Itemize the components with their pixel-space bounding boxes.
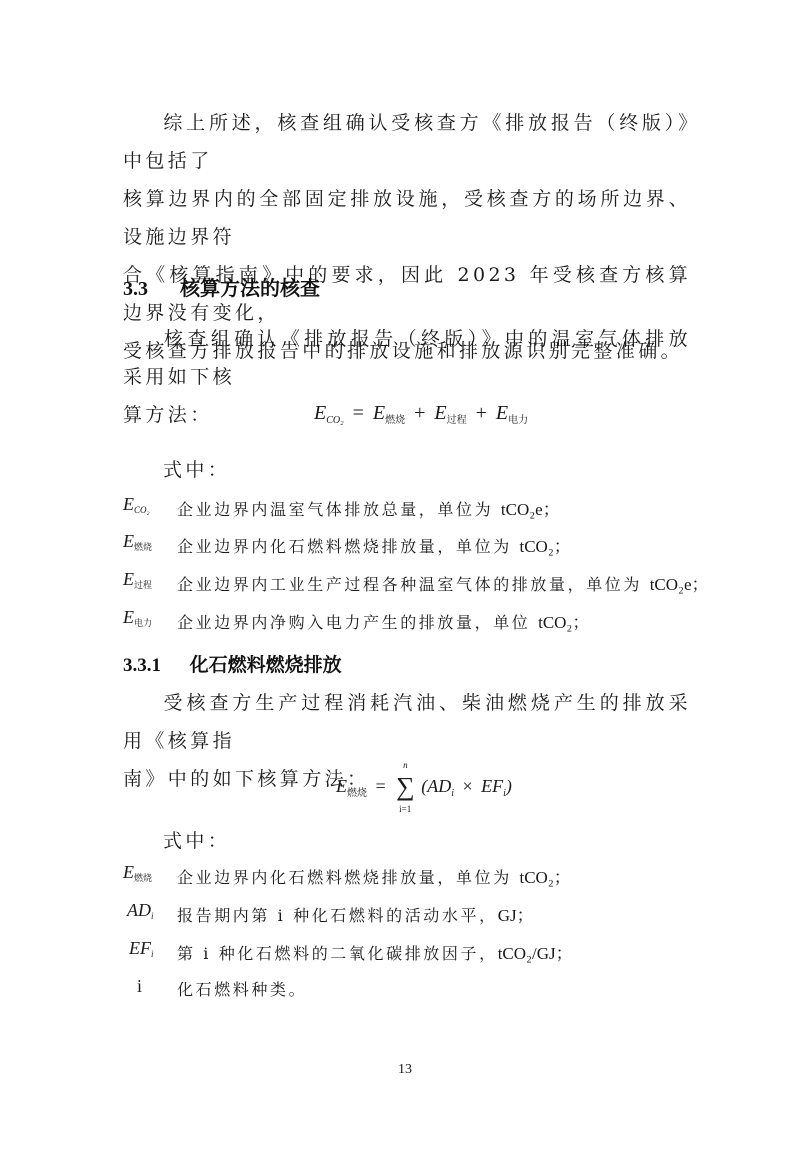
combustion-emission-formula: E燃烧 = n∑i=1 (ADi × EFi) xyxy=(336,772,512,802)
definition-symbol: ECO₂ xyxy=(123,494,173,515)
definition-symbol: EFi xyxy=(129,938,179,959)
summation-symbol: n∑i=1 xyxy=(396,772,415,802)
intro-line-2: 核算边界内的全部固定排放设施，受核查方的场所边界、设施边界符 xyxy=(123,180,691,256)
section-title: 化石燃料燃烧排放 xyxy=(190,654,342,676)
definition-symbol: E燃烧 xyxy=(123,862,173,884)
definition-text: 第 i 种化石燃料的二氧化碳排放因子，tCO₂/GJ； xyxy=(177,939,573,964)
section-3-3-heading: 3.3 核算方法的核查 xyxy=(123,272,320,301)
para-line-1: 核查组确认《排放报告（终版）》中的温室气体排放采用如下核 xyxy=(123,320,691,396)
section-3-3-1-heading: 3.3.1 化石燃料燃烧排放 xyxy=(123,650,342,677)
document-page: 综上所述，核查组确认受核查方《排放报告（终版）》中包括了 核算边界内的全部固定排… xyxy=(0,0,812,1149)
definition-text: 企业边界内工业生产过程各种温室气体的排放量，单位为 tCO₂e； xyxy=(177,570,709,595)
intro-line-1: 综上所述，核查组确认受核查方《排放报告（终版）》中包括了 xyxy=(123,104,691,180)
definition-text: 企业边界内化石燃料燃烧排放量，单位为 tCO₂； xyxy=(177,532,571,557)
definition-symbol: E过程 xyxy=(123,569,173,591)
definition-symbol: ADi xyxy=(127,900,177,921)
definition-text: 企业边界内净购入电力产生的排放量，单位 tCO₂； xyxy=(177,608,589,633)
para-line-1: 受核查方生产过程消耗汽油、柴油燃烧产生的排放采用《核算指 xyxy=(123,684,691,760)
where-label: 式中： xyxy=(163,826,230,853)
section-number: 3.3.1 xyxy=(123,655,183,677)
definition-text: 报告期内第 i 种化石燃料的活动水平，GJ； xyxy=(177,901,534,926)
definition-text: 企业边界内温室气体排放总量，单位为 tCO₂e； xyxy=(177,495,560,520)
section-title: 核算方法的核查 xyxy=(180,276,320,300)
definition-symbol: E电力 xyxy=(123,607,173,629)
definition-text: 化石燃料种类。 xyxy=(177,977,307,1000)
section-number: 3.3 xyxy=(123,278,173,301)
page-number: 13 xyxy=(398,1062,412,1078)
definition-symbol: E燃烧 xyxy=(123,531,173,553)
definition-text: 企业边界内化石燃料燃烧排放量，单位为 tCO₂； xyxy=(177,863,571,888)
where-label: 式中： xyxy=(163,455,230,482)
total-emission-formula: ECO₂ = E燃烧 + E过程 + E电力 xyxy=(314,402,528,426)
